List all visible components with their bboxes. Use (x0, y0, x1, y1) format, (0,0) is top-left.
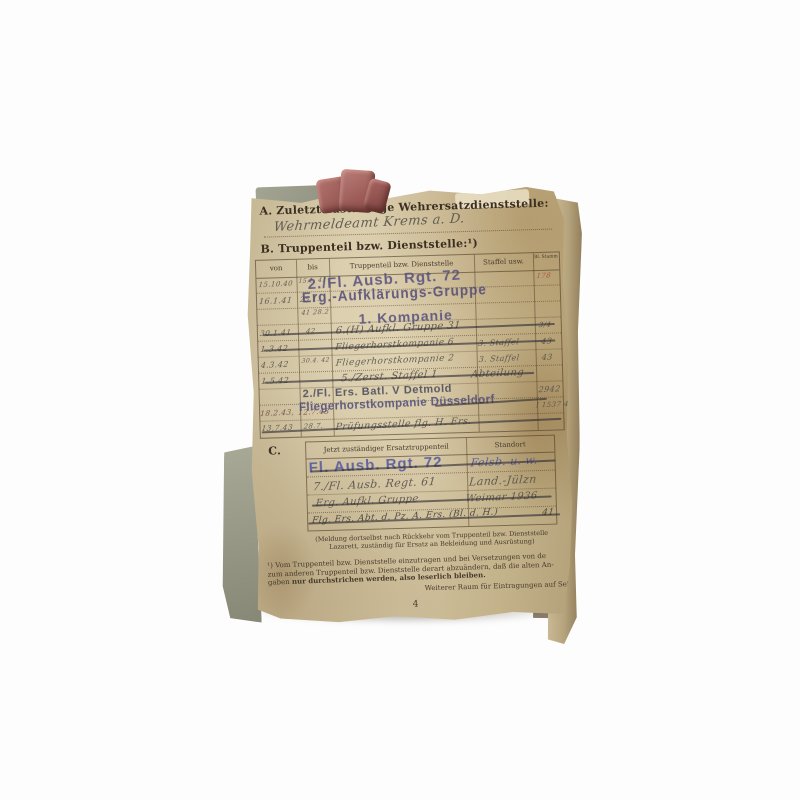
footnote-line3-pre: gaben (268, 578, 292, 587)
section-b-title: Truppenteil bzw. Dienststelle:¹) (278, 237, 478, 256)
section-b-label: B. (260, 242, 274, 255)
photo-of-document: A. Zuletzt zuständige Wehrersatzdienstst… (0, 0, 800, 800)
col-header-von: von (256, 264, 296, 273)
document-page: A. Zuletzt zuständige Wehrersatzdienstst… (243, 184, 577, 627)
ribbon-clasp (316, 170, 392, 220)
b-row-note: 43 (541, 352, 553, 362)
b-row-unit: Fliegerhorstkompanie 2 (335, 353, 455, 368)
b-row-bis: 41 28.2 (301, 309, 330, 317)
section-a-label: A. (259, 204, 272, 217)
col-header-ersatztruppenteil: Jetzt zuständiger Ersatztruppenteil (306, 442, 466, 454)
b-row-von: 16.1.41 (259, 296, 293, 307)
b-row-von: 18.2.43, (260, 408, 295, 419)
col-header-bis: bis (296, 263, 329, 272)
col-header-standort: Standort (466, 440, 554, 450)
b-row-bis: 30.4. 42 (301, 357, 330, 365)
col-header-blatt: Bl. Stamm (533, 254, 559, 260)
b-row-von: 4.3.42 (260, 360, 289, 370)
col-header-staffel: Staffel usw. (474, 257, 533, 267)
section-c-label: C. (268, 444, 281, 457)
b-row-staffel: 3. Staffel (478, 353, 520, 364)
table-c: Jetzt zuständiger Ersatztruppenteil Stan… (305, 435, 557, 532)
c-row-standort: Land.-Jülzn (468, 472, 537, 488)
b-row-note: 178 (536, 271, 551, 280)
b-row-von: 15.10.40 (258, 280, 293, 290)
meldung-note: (Meldung dortselbst nach Rückkehr vom Tr… (303, 528, 561, 551)
b-row-note: 2942 (538, 384, 561, 394)
section-b-heading: B. Truppenteil bzw. Dienststelle:¹) (260, 237, 478, 256)
